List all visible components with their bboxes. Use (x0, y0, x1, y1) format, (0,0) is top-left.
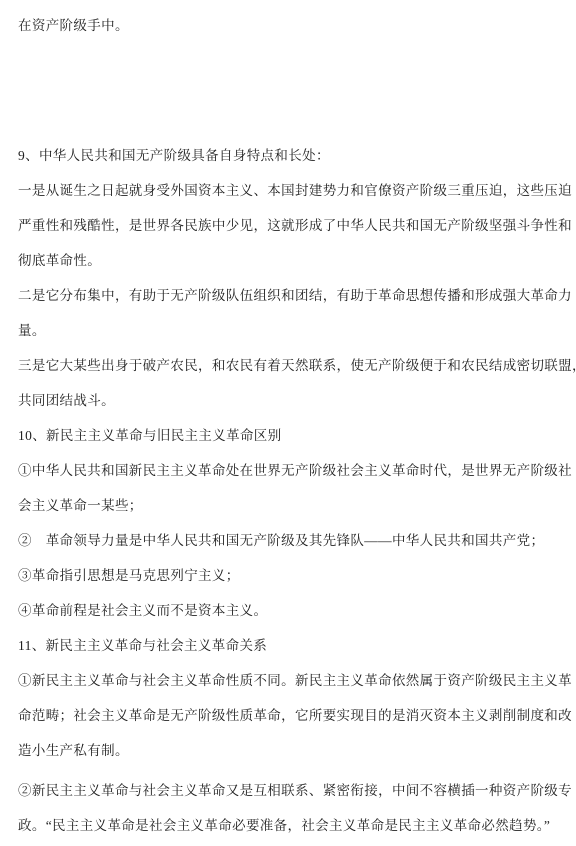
text-line: 造小生产私有制。 (18, 733, 560, 768)
text-line: 命范畴；社会主义革命是无产阶级性质革命，它所要实现目的是消灭资本主义剥削制度和改 (18, 698, 560, 733)
document-page: 在资产阶级手中。9、中华人民共和国无产阶级具备自身特点和长处：一是从诞生之日起就… (0, 0, 576, 846)
text-line: ② 革命领导力量是中华人民共和国无产阶级及其先锋队——中华人民共和国共产党； (18, 523, 560, 558)
text-line: 二是它分布集中，有助于无产阶级队伍组织和团结，有助于革命思想传播和形成强大革命力 (18, 278, 560, 313)
text-line: ③革命指引思想是马克思列宁主义； (18, 558, 560, 593)
text-line: 三是它大某些出身于破产农民，和农民有着天然联系，使无产阶级便于和农民结成密切联盟… (18, 348, 560, 383)
text-line: 严重性和残酷性，是世界各民族中少见，这就形成了中华人民共和国无产阶级坚强斗争性和 (18, 208, 560, 243)
text-line: ④革命前程是社会主义而不是资本主义。 (18, 593, 560, 628)
text-line: 政。“民主主义革命是社会主义革命必要准备，社会主义革命是民主主义革命必然趋势。” (18, 808, 560, 843)
text-line: 量。 (18, 313, 560, 348)
text-line: 会主义革命一某些； (18, 488, 560, 523)
text-line: ①中华人民共和国新民主主义革命处在世界无产阶级社会主义革命时代，是世界无产阶级社 (18, 453, 560, 488)
document-body: 在资产阶级手中。9、中华人民共和国无产阶级具备自身特点和长处：一是从诞生之日起就… (18, 8, 560, 843)
text-line: 在资产阶级手中。 (18, 8, 560, 43)
text-line: ①新民主主义革命与社会主义革命性质不同。新民主主义革命依然属于资产阶级民主主义革 (18, 663, 560, 698)
text-line: 共同团结战斗。 (18, 383, 560, 418)
text-line: 10、新民主主义革命与旧民主主义革命区别 (18, 418, 560, 453)
text-line: 一是从诞生之日起就身受外国资本主义、本国封建势力和官僚资产阶级三重压迫，这些压迫 (18, 173, 560, 208)
text-line: 彻底革命性。 (18, 243, 560, 278)
text-line: 9、中华人民共和国无产阶级具备自身特点和长处： (18, 138, 560, 173)
text-line: 11、新民主主义革命与社会主义革命关系 (18, 628, 560, 663)
text-line: ②新民主主义革命与社会主义革命又是互相联系、紧密衔接，中间不容横插一种资产阶级专 (18, 773, 560, 808)
